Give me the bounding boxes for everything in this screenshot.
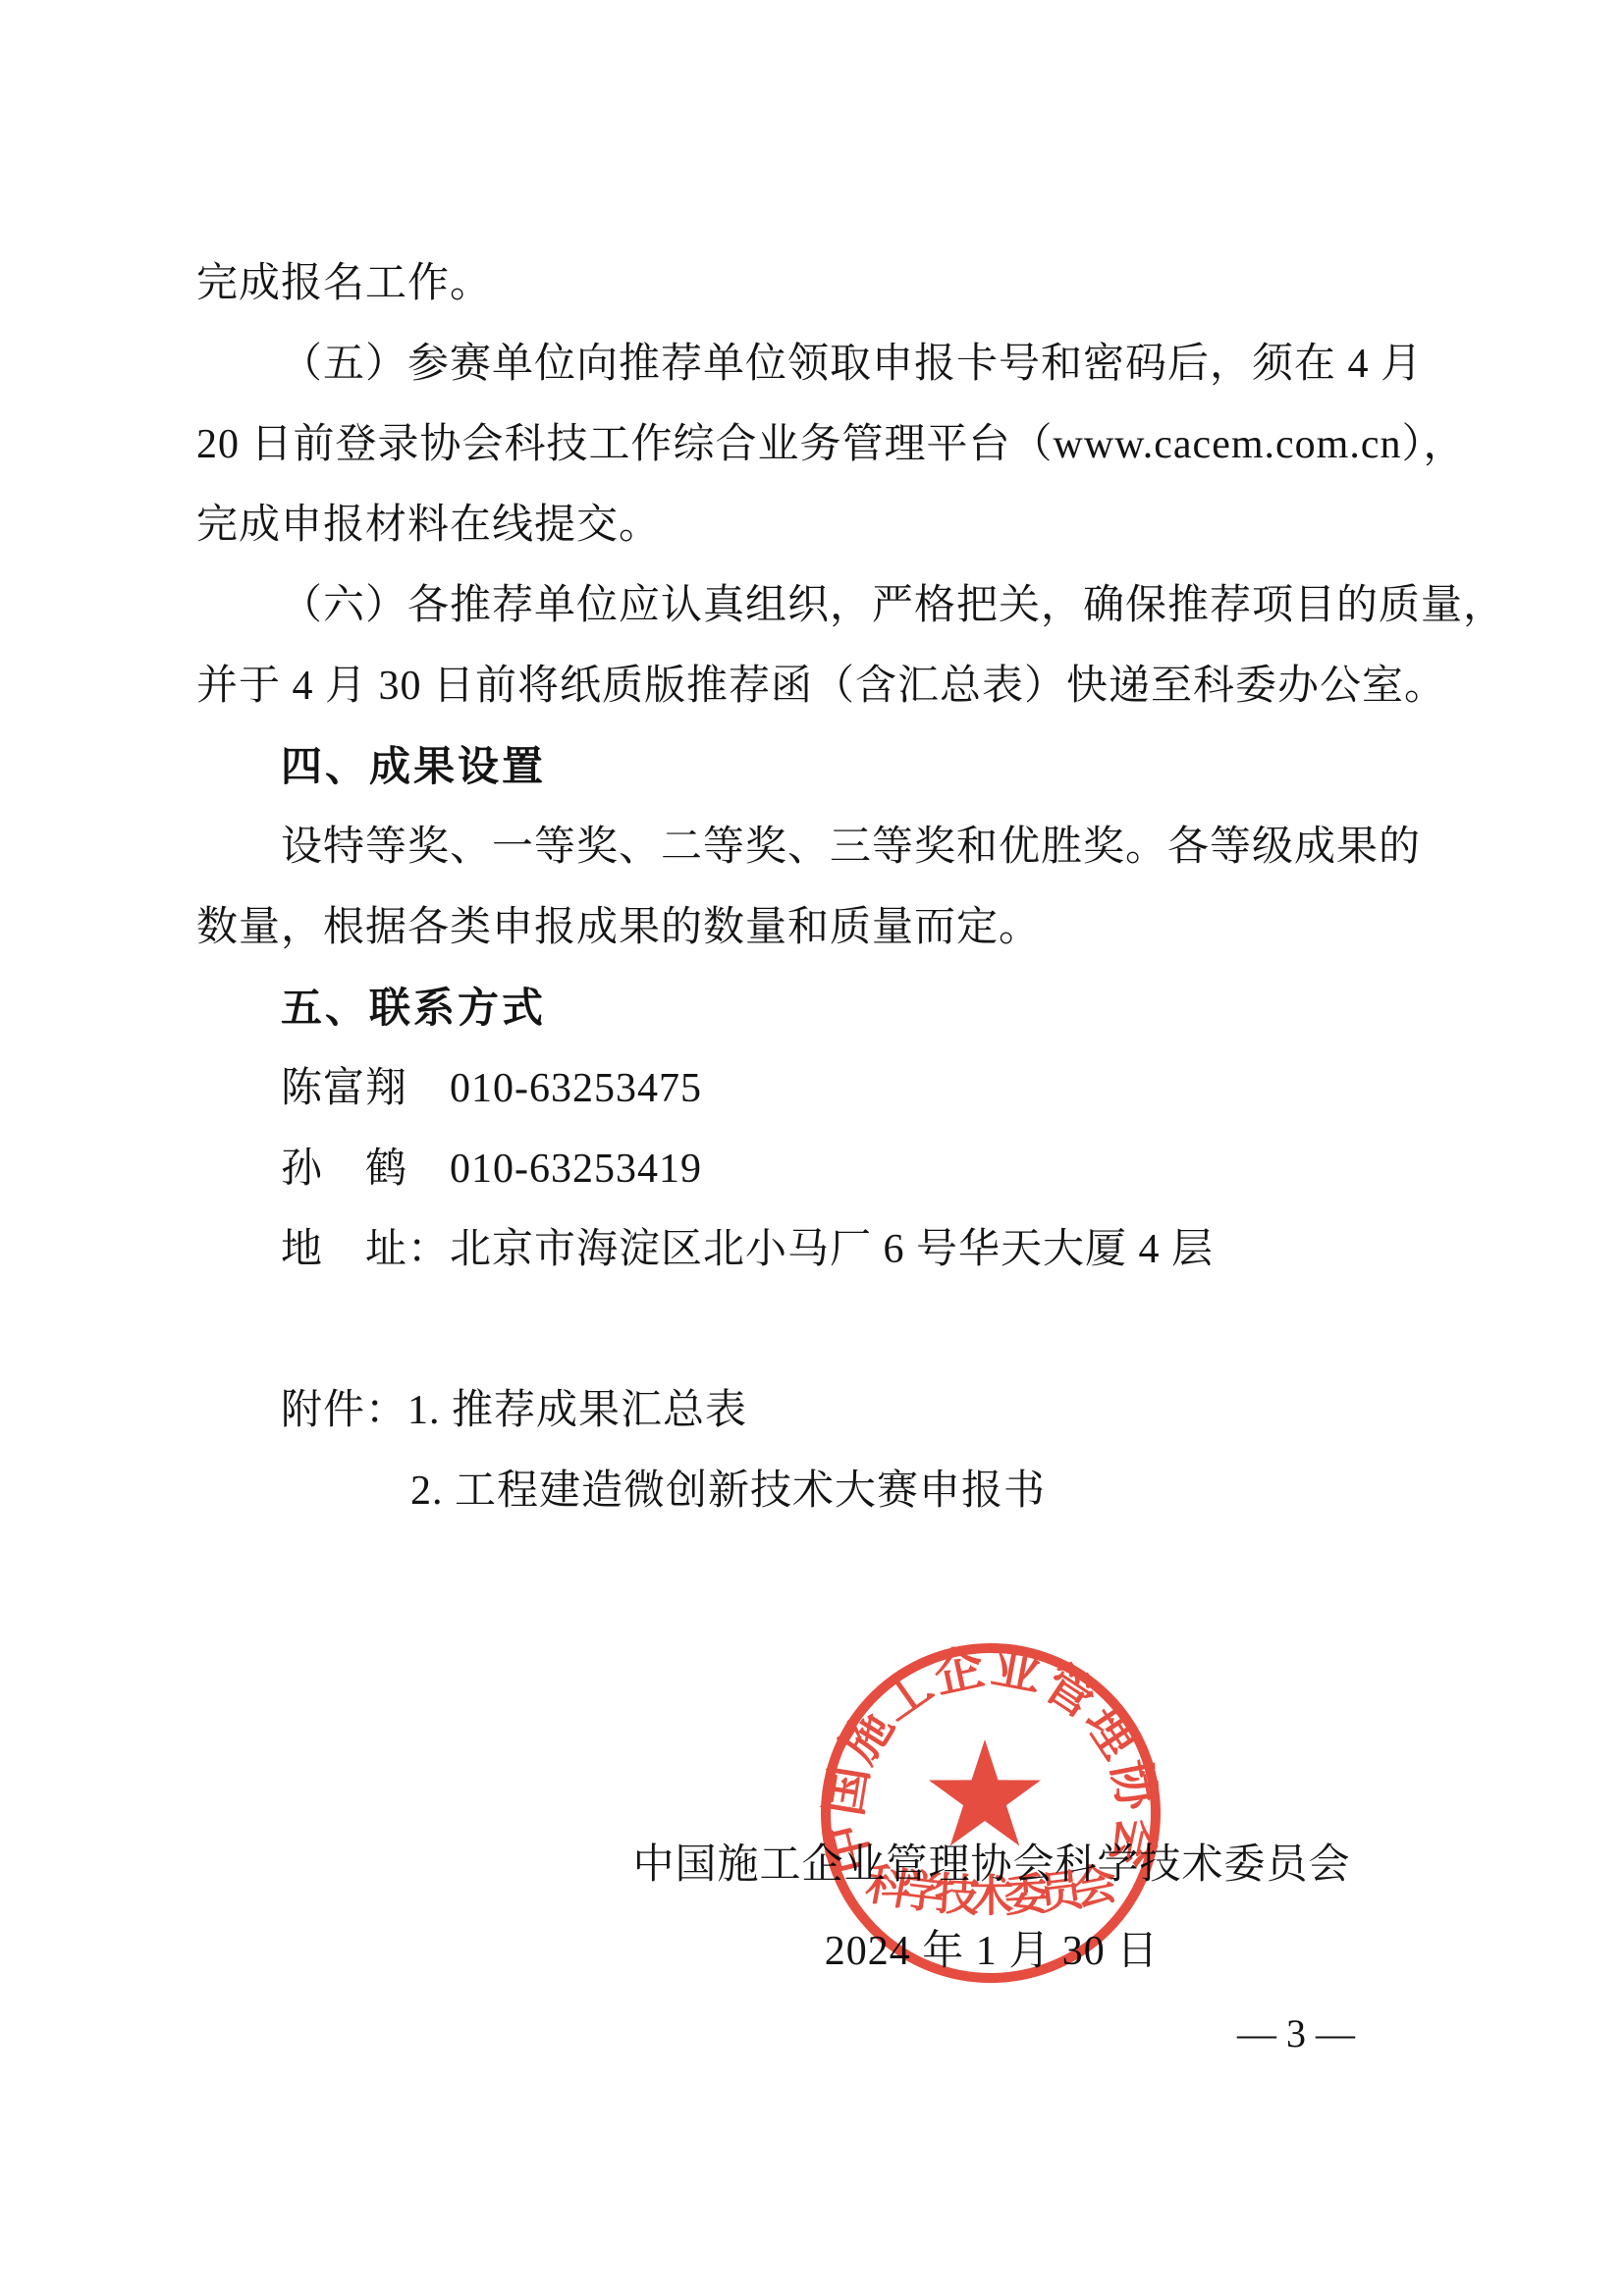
section-heading-contact: 五、联系方式 xyxy=(196,968,1414,1048)
contact-line: 孙 鹤 010-63253419 xyxy=(196,1129,1414,1209)
doc-line: 完成报名工作。 xyxy=(196,243,1414,324)
doc-line: 数量，根据各类申报成果的数量和质量而定。 xyxy=(196,887,1414,968)
page-number: — 3 — xyxy=(1168,2004,1424,2063)
blank-line xyxy=(196,1290,1414,1370)
section-heading-results: 四、成果设置 xyxy=(196,726,1414,807)
official-seal: 中国施工企业管理协会 科学技术委员会 xyxy=(815,1635,1166,1993)
doc-line: 完成申报材料在线提交。 xyxy=(196,485,1414,565)
address-line: 地 址：北京市海淀区北小马厂 6 号华天大厦 4 层 xyxy=(196,1209,1414,1290)
contact-line: 陈富翔 010-63253475 xyxy=(196,1048,1414,1129)
document-page: 完成报名工作。 （五）参赛单位向推荐单位领取申报卡号和密码后，须在 4 月 20… xyxy=(0,0,1624,2296)
doc-line: 设特等奖、一等奖、二等奖、三等奖和优胜奖。各等级成果的 xyxy=(196,807,1414,887)
document-body: 完成报名工作。 （五）参赛单位向推荐单位领取申报卡号和密码后，须在 4 月 20… xyxy=(196,243,1414,1531)
star-icon xyxy=(929,1739,1041,1846)
seal-banner-text: 科学技术委员会 xyxy=(862,1859,1121,1922)
attachment-line-2: 2. 工程建造微创新技术大赛申报书 xyxy=(196,1451,1414,1531)
doc-line: （五）参赛单位向推荐单位领取申报卡号和密码后，须在 4 月 xyxy=(196,324,1414,404)
doc-line: 20 日前登录协会科技工作综合业务管理平台（www.cacem.com.cn）， xyxy=(196,404,1414,485)
doc-line: 并于 4 月 30 日前将纸质版推荐函（含汇总表）快递至科委办公室。 xyxy=(196,646,1414,726)
doc-line: （六）各推荐单位应认真组织，严格把关，确保推荐项目的质量， xyxy=(196,565,1414,646)
attachment-line-1: 附件：1. 推荐成果汇总表 xyxy=(196,1370,1414,1451)
